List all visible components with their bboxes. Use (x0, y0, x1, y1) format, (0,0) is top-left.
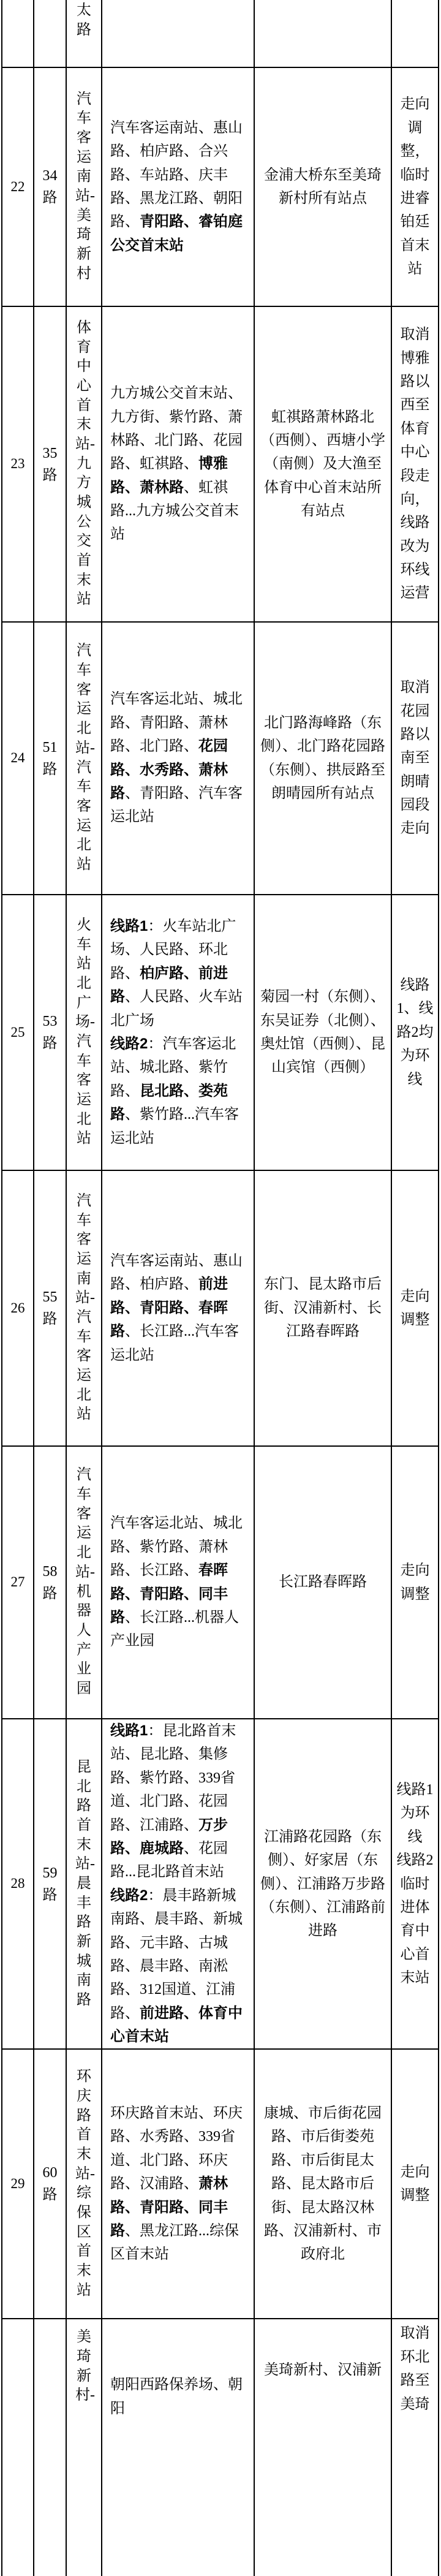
row-number-cell: 22 (2, 67, 34, 306)
note-cell (391, 0, 439, 67)
route-name-cell: 环 庆 路 首 末 站- 综 保 区 首 末 站 (66, 2049, 102, 2319)
route-name-text: 昆 北 路 首 末 站- 晨 丰 路 新 城 南 路 (75, 1758, 92, 2010)
roads-text: 线路1：昆北路首末站、昆北路、集修路、紫竹路、339省道、北门路、花园路、江浦路… (110, 1719, 246, 2048)
note-text: 线路1、线路2均为环线 (396, 974, 434, 1091)
roads-text: 汽车客运南站、惠山路、柏庐路、合兴路、车站路、庆丰路、黑龙江路、朝阳路、青阳路、… (110, 116, 246, 257)
route-row: 26 55路 汽 车 客 运 南 站- 汽 车 客 运 北 站 汽车客运南站、惠… (2, 1170, 439, 1446)
stations-cell: 江浦路花园路（东侧）、好家居（东侧）、江浦路万步路（东侧）、江浦路前进路 (254, 1719, 391, 2049)
note-text: 走向调整，临时进睿铂廷首末站 (396, 93, 434, 281)
note-cell: 线路1为环线 线路2临时进体育中心首末站 (391, 1719, 439, 2049)
route-name-cell: 火 车 站 北 广 场- 汽 车 客 运 北 站 (66, 895, 102, 1170)
stations-text: 菊园一村（东侧）、东吴证券（北侧）、奥灶馆（西侧）、昆山宾馆（西侧） (260, 985, 386, 1080)
route-name-cell: 汽 车 客 运 北 站- 机 器 人 产 业 园 (66, 1446, 102, 1719)
route-number-cell (34, 2319, 66, 2374)
route-number-cell: 60路 (34, 2049, 66, 2319)
row-number-cell: 28 (2, 1719, 34, 2049)
roads-text: 汽车客运北站、城北路、紫竹路、萧林路、长江路、春晖路、青阳路、同丰路、长江路..… (110, 1512, 246, 1653)
route-number-cell: 58路 (34, 1446, 66, 1719)
route-row: 25 53路 火 车 站 北 广 场- 汽 车 客 运 北 站 线路1：火车站北… (2, 895, 439, 1170)
route-number-text: 55路 (41, 1286, 59, 1330)
roads-cell: 朝阳西路保养场、朝阳 (102, 2319, 254, 2374)
route-name-cell: 太 路 (66, 0, 102, 67)
route-name-text: 汽 车 客 运 南 站- 美 琦 新 村 (75, 90, 92, 284)
route-number-text: 53路 (41, 1010, 59, 1055)
note-cell: 走向调整 (391, 1170, 439, 1446)
route-name-text: 美 琦 新 村- (75, 2328, 92, 2374)
note-cell: 走向调整 (391, 2049, 439, 2319)
route-name-text: 汽 车 客 运 北 站- 汽 车 客 运 北 站 (75, 642, 92, 874)
roads-cell: 线路1：火车站北广场、人民路、环北路、柏庐路、前进路、人民路、火车站北广场 线路… (102, 895, 254, 1170)
stations-cell (254, 0, 391, 67)
route-number-cell: 35路 (34, 306, 66, 622)
note-text: 走向调整 (396, 1285, 434, 1332)
route-row: 23 35路 体 育 中 心 首 末 站- 九 方 城 公 交 首 末 站 九方… (2, 306, 439, 622)
route-name-cell: 汽 车 客 运 南 站- 美 琦 新 村 (66, 67, 102, 306)
route-name-text: 汽 车 客 运 南 站- 汽 车 客 运 北 站 (75, 1192, 92, 1425)
stations-text: 北门路海峰路（东侧）、北门路花园路（东侧）、拱辰路至朗晴园所有站点 (260, 711, 386, 806)
roads-text: 汽车客运北站、城北路、青阳路、萧林路、北门路、花园路、水秀路、萧林路、青阳路、汽… (110, 688, 246, 828)
roads-cell: 线路1：昆北路首末站、昆北路、集修路、紫竹路、339省道、北门路、花园路、江浦路… (102, 1719, 254, 2049)
stations-cell: 北门路海峰路（东侧）、北门路花园路（东侧）、拱辰路至朗晴园所有站点 (254, 622, 391, 895)
roads-cell: 汽车客运南站、惠山路、柏庐路、合兴路、车站路、庆丰路、黑龙江路、朝阳路、青阳路、… (102, 67, 254, 306)
roads-text: 环庆路首末站、环庆路、水秀路、339省道、北门路、环庆路、汉浦路、萧林路、青阳路… (110, 2102, 246, 2267)
row-number-cell: 25 (2, 895, 34, 1170)
stations-text: 东门、昆太路市后街、汉浦新村、长江路春晖路 (260, 1273, 386, 1343)
stations-cell: 长江路春晖路 (254, 1446, 391, 1719)
note-text: 走向调整 (396, 2161, 434, 2208)
route-name-text: 环 庆 路 首 末 站- 综 保 区 首 末 站 (75, 2067, 92, 2300)
stations-cell: 康城、市后街花园路、市后街娄苑路、市后街昆太路、昆太路市后街、昆太路汉林路、汉浦… (254, 2049, 391, 2319)
route-row: 美 琦 新 村- 朝阳西路保养场、朝阳 美琦新村、汉浦新 取消环北路至美琦 (2, 2319, 439, 2374)
route-number-text: 58路 (41, 1561, 59, 1605)
route-number-text: 34路 (41, 165, 59, 209)
row-number-cell: 27 (2, 1446, 34, 1719)
note-cell: 取消花园路以南至朗晴园段走向 (391, 622, 439, 895)
note-text: 走向调整 (396, 1559, 434, 1606)
stations-cell: 虹祺路萧林路北（西侧）、西塘小学（南侧）及大渔至体育中心首末站所有站点 (254, 306, 391, 622)
stations-cell: 金浦大桥东至美琦新村所有站点 (254, 67, 391, 306)
stations-text: 虹祺路萧林路北（西侧）、西塘小学（南侧）及大渔至体育中心首末站所有站点 (260, 406, 386, 523)
route-name-text: 体 育 中 心 首 末 站- 九 方 城 公 交 首 末 站 (75, 319, 92, 610)
route-number-cell (34, 0, 66, 67)
stations-text: 金浦大桥东至美琦新村所有站点 (260, 164, 386, 211)
route-name-cell: 体 育 中 心 首 末 站- 九 方 城 公 交 首 末 站 (66, 306, 102, 622)
route-row: 27 58路 汽 车 客 运 北 站- 机 器 人 产 业 园 汽车客运北站、城… (2, 1446, 439, 1719)
route-name-cell: 美 琦 新 村- (66, 2319, 102, 2374)
roads-cell: 环庆路首末站、环庆路、水秀路、339省道、北门路、环庆路、汉浦路、萧林路、青阳路… (102, 2049, 254, 2319)
roads-text: 九方城公交首末站、九方街、紫竹路、萧林路、北门路、花园路、虹祺路、博雅路、萧林路… (110, 382, 246, 547)
note-cell: 取消博雅路以西至体育中心段走向，线路改为环线运营 (391, 306, 439, 622)
route-number-text: 59路 (41, 1862, 59, 1906)
note-text: 取消环北路至美琦 (396, 2322, 434, 2374)
route-name-text: 太 路 (75, 0, 92, 40)
route-number-cell: 51路 (34, 622, 66, 895)
row-number-cell: 23 (2, 306, 34, 622)
route-number-text: 35路 (41, 442, 59, 487)
bus-route-adjustment-table: 太 路 22 34路 汽 车 客 运 南 站- 美 琦 新 村 汽车客运南站、惠… (1, 0, 439, 2374)
row-number-cell (2, 0, 34, 67)
note-cell: 线路1、线路2均为环线 (391, 895, 439, 1170)
route-name-cell: 汽 车 客 运 南 站- 汽 车 客 运 北 站 (66, 1170, 102, 1446)
route-name-text: 火 车 站 北 广 场- 汽 车 客 运 北 站 (75, 916, 92, 1149)
roads-text: 汽车客运南站、惠山路、柏庐路、前进路、青阳路、春晖路、长江路...汽车客运北站 (110, 1249, 246, 1367)
note-cell: 走向调整 (391, 1446, 439, 1719)
row-number-cell: 29 (2, 2049, 34, 2319)
row-number-cell (2, 2319, 34, 2374)
stations-text: 江浦路花园路（东侧）、好家居（东侧）、江浦路万步路（东侧）、江浦路前进路 (260, 1825, 386, 1943)
note-text: 线路1为环线 线路2临时进体育中心首末站 (396, 1778, 434, 1990)
roads-text: 线路1：火车站北广场、人民路、环北路、柏庐路、前进路、人民路、火车站北广场 线路… (110, 915, 246, 1150)
stations-cell: 美琦新村、汉浦新 (254, 2319, 391, 2374)
route-number-cell: 59路 (34, 1719, 66, 2049)
roads-cell: 汽车客运北站、城北路、紫竹路、萧林路、长江路、春晖路、青阳路、同丰路、长江路..… (102, 1446, 254, 1719)
roads-cell: 汽车客运南站、惠山路、柏庐路、前进路、青阳路、春晖路、长江路...汽车客运北站 (102, 1170, 254, 1446)
row-number-cell: 24 (2, 622, 34, 895)
row-number-cell: 26 (2, 1170, 34, 1446)
route-number-text: 51路 (41, 737, 59, 781)
route-row: 22 34路 汽 车 客 运 南 站- 美 琦 新 村 汽车客运南站、惠山路、柏… (2, 67, 439, 306)
stations-text: 美琦新村、汉浦新 (260, 2358, 386, 2374)
route-number-text: 60路 (41, 2162, 59, 2206)
stations-text: 长江路春晖路 (260, 1570, 386, 1594)
route-name-cell: 昆 北 路 首 末 站- 晨 丰 路 新 城 南 路 (66, 1719, 102, 2049)
roads-cell (102, 0, 254, 67)
stations-text: 康城、市后街花园路、市后街娄苑路、市后街昆太路、昆太路市后街、昆太路汉林路、汉浦… (260, 2102, 386, 2267)
note-cell: 走向调整，临时进睿铂廷首末站 (391, 67, 439, 306)
route-number-cell: 55路 (34, 1170, 66, 1446)
route-name-cell: 汽 车 客 运 北 站- 汽 车 客 运 北 站 (66, 622, 102, 895)
roads-cell: 汽车客运北站、城北路、青阳路、萧林路、北门路、花园路、水秀路、萧林路、青阳路、汽… (102, 622, 254, 895)
route-number-cell: 53路 (34, 895, 66, 1170)
stations-cell: 菊园一村（东侧）、东吴证券（北侧）、奥灶馆（西侧）、昆山宾馆（西侧） (254, 895, 391, 1170)
note-cell: 取消环北路至美琦 (391, 2319, 439, 2374)
note-text: 取消花园路以南至朗晴园段走向 (396, 676, 434, 841)
route-row: 太 路 (2, 0, 439, 67)
route-row: 28 59路 昆 北 路 首 末 站- 晨 丰 路 新 城 南 路 线路1：昆北… (2, 1719, 439, 2049)
note-text: 取消博雅路以西至体育中心段走向，线路改为环线运营 (396, 323, 434, 605)
stations-cell: 东门、昆太路市后街、汉浦新村、长江路春晖路 (254, 1170, 391, 1446)
route-number-cell: 34路 (34, 67, 66, 306)
route-row: 29 60路 环 庆 路 首 末 站- 综 保 区 首 末 站 环庆路首末站、环… (2, 2049, 439, 2319)
route-name-text: 汽 车 客 运 北 站- 机 器 人 产 业 园 (75, 1466, 92, 1699)
roads-cell: 九方城公交首末站、九方街、紫竹路、萧林路、北门路、花园路、虹祺路、博雅路、萧林路… (102, 306, 254, 622)
route-row: 24 51路 汽 车 客 运 北 站- 汽 车 客 运 北 站 汽车客运北站、城… (2, 622, 439, 895)
